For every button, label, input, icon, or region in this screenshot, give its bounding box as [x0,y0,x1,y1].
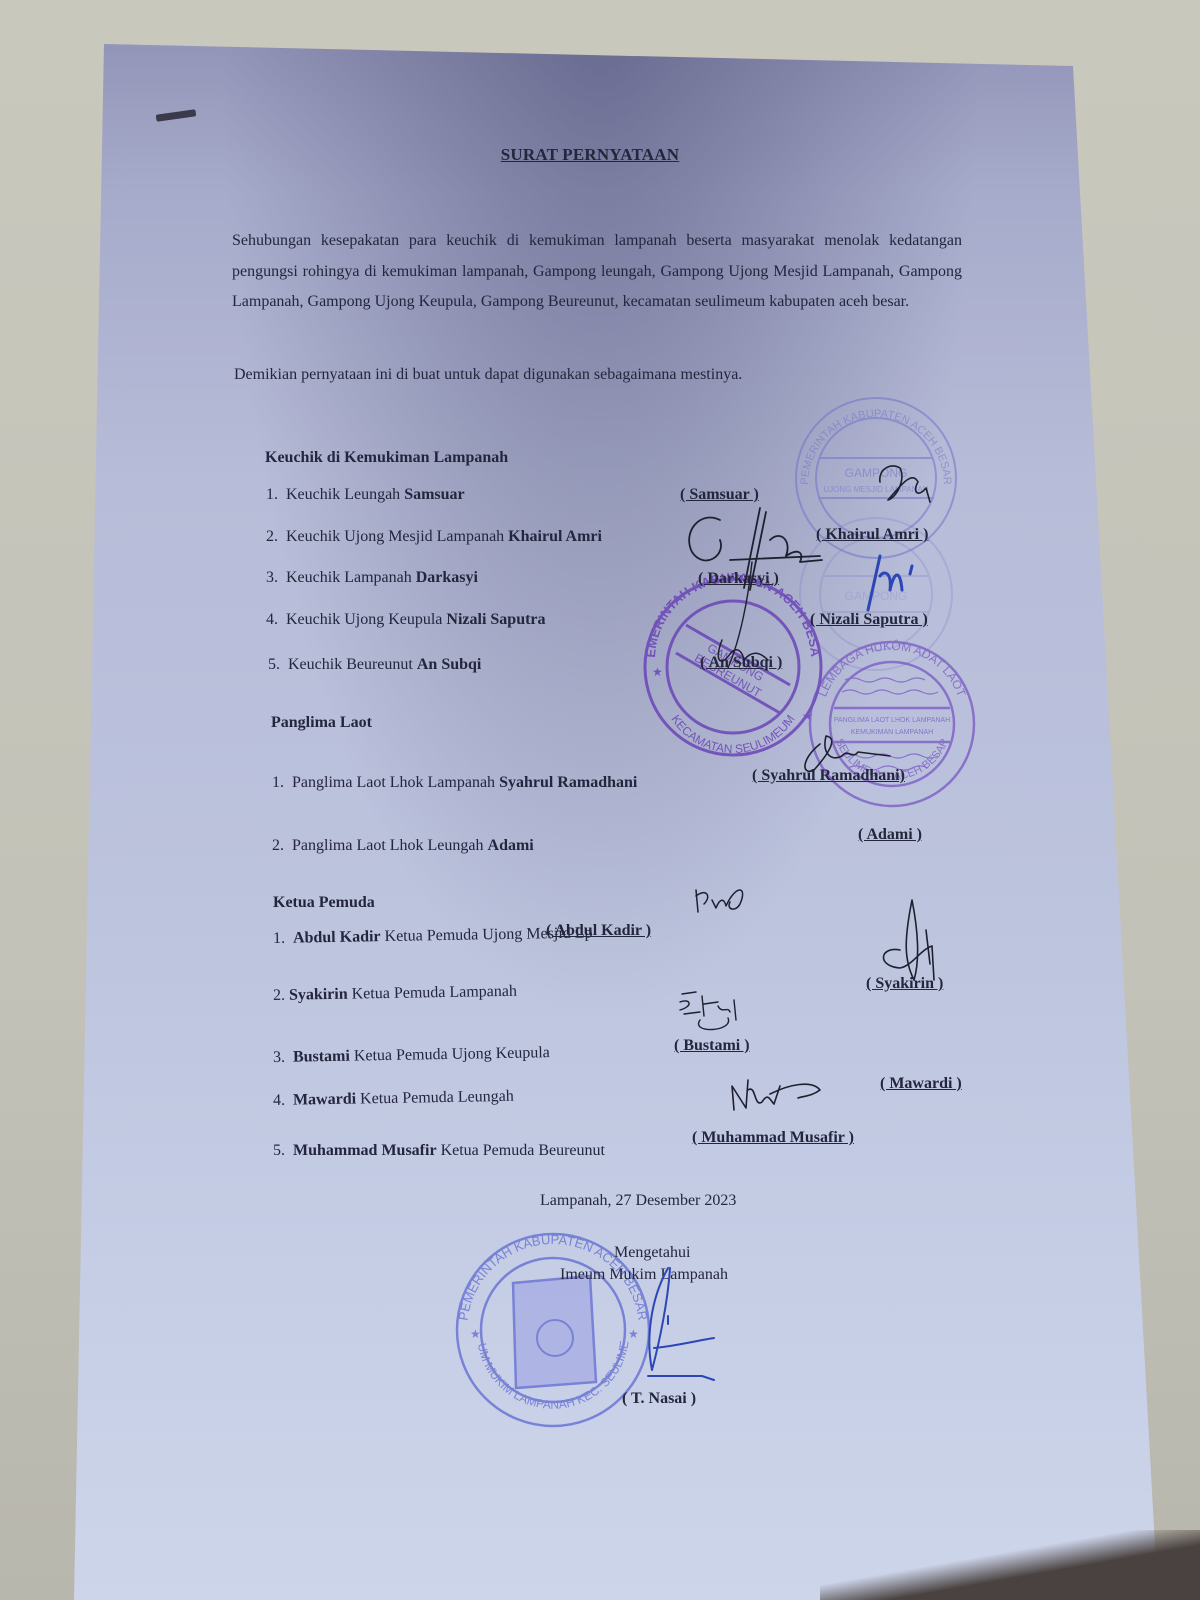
place-date: Lampanah, 27 Desember 2023 [540,1192,736,1210]
signature-syakirin: ( Syakirin ) [866,975,943,993]
signature-darkasyi: ( Darkasyi ) [698,570,779,588]
signature-abdul-kadir: ( Abdul Kadir ) [546,922,651,940]
signature-samsuar: ( Samsuar ) [680,486,759,504]
signature-bustami: ( Bustami ) [674,1037,750,1055]
signatory-t-nasai: ( T. Nasai ) [622,1390,696,1408]
pemuda-item-5: 5. Muhammad Musafir Ketua Pemuda Beureun… [273,1142,605,1160]
keuchik-heading: Keuchik di Kemukiman Lampanah [265,449,508,467]
keuchik-item-4: 4. Keuchik Ujong Keupula Nizali Saputra [266,611,546,629]
signature-muhammad-musafir: ( Muhammad Musafir ) [692,1129,854,1147]
acknowledged-label: Mengetahui [614,1244,690,1262]
pemuda-item-3: 3. Bustami Ketua Pemuda Ujong Keupula [273,1044,550,1067]
panglima-item-1: 1. Panglima Laot Lhok Lampanah Syahrul R… [272,774,637,792]
panglima-item-2: 2. Panglima Laot Lhok Leungah Adami [272,837,534,855]
ketua-pemuda-heading: Ketua Pemuda [273,894,375,912]
imeum-mukim-title: Imeum Mukim Lampanah [560,1266,728,1284]
pemuda-item-2: 2. Syakirin Ketua Pemuda Lampanah [273,983,517,1005]
pemuda-item-4: 4. Mawardi Ketua Pemuda Leungah [273,1088,514,1110]
keuchik-item-5: 5. Keuchik Beureunut An Subqi [268,656,481,674]
keuchik-item-1: 1. Keuchik Leungah Samsuar [266,486,465,504]
keuchik-item-3: 3. Keuchik Lampanah Darkasyi [266,569,478,587]
pemuda-item-1: 1. Abdul Kadir Ketua Pemuda Ujong Mesjid… [273,924,593,948]
signature-adami: ( Adami ) [858,826,922,844]
keuchik-item-2: 2. Keuchik Ujong Mesjid Lampanah Khairul… [266,528,602,546]
closing-paragraph: Demikian pernyataan ini di buat untuk da… [234,366,742,384]
panglima-laot-heading: Panglima Laot [271,714,372,732]
signature-nizali-saputra: ( Nizali Saputra ) [810,611,928,629]
signature-an-subqi: ( An Subqi ) [700,654,782,672]
signature-syahrul-ramadhani: ( Syahrul Ramadhani) [752,767,905,785]
signature-khairul-amri: ( Khairul Amri ) [816,526,928,544]
document-title: SURAT PERNYATAAN [0,145,1180,165]
signature-mawardi: ( Mawardi ) [880,1075,962,1093]
statement-paragraph: Sehubungan kesepakatan para keuchik di k… [232,226,962,318]
